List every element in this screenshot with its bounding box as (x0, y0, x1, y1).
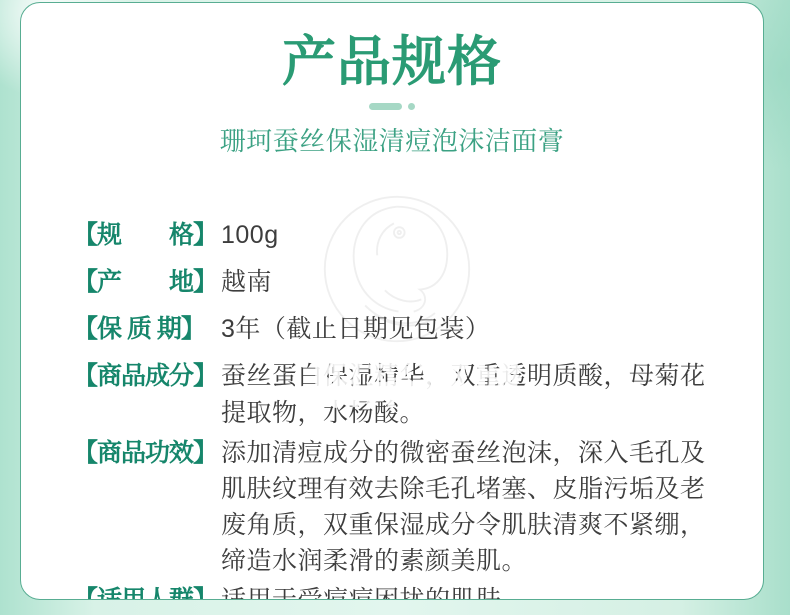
divider-dot (408, 103, 415, 110)
spec-row-effects: 【商品功效】 添加清痘成分的微密蚕丝泡沫，深入毛孔及肌肤纹理有效去除毛孔堵塞、皮… (73, 435, 721, 579)
spec-value: 3年（截止日期见包装） (221, 311, 721, 348)
page-title: 产品规格 (21, 33, 763, 92)
spec-value: 蚕丝蛋白保湿精华，双重透明质酸，母菊花提取物，水杨酸。 (221, 358, 721, 432)
spec-value: 越南 (221, 264, 721, 301)
spec-row-size: 【规 格】 100g (73, 217, 721, 254)
spec-value: 添加清痘成分的微密蚕丝泡沫，深入毛孔及肌肤纹理有效去除毛孔堵塞、皮脂污垢及老废角… (221, 435, 721, 579)
spec-row-target-users: 【适用人群】 适用于受痘痘困扰的肌肤。 (73, 582, 721, 600)
spec-label: 【规 格】 (73, 217, 221, 254)
spec-label: 【商品成分】 (73, 358, 221, 395)
spec-list: 【规 格】 100g 【产 地】 越南 【保 质 期】 3年（截止日期见包装） … (73, 217, 721, 600)
spec-value: 适用于受痘痘困扰的肌肤。 (221, 582, 721, 600)
divider-dash (369, 103, 402, 110)
spec-row-shelf-life: 【保 质 期】 3年（截止日期见包装） (73, 311, 721, 348)
spec-row-ingredients: 【商品成分】 蚕丝蛋白保湿精华，双重透明质酸，母菊花提取物，水杨酸。 (73, 358, 721, 432)
spec-label: 【商品功效】 (73, 435, 221, 472)
title-divider (366, 102, 418, 110)
spec-label: 【保 质 期】 (73, 311, 221, 348)
spec-row-origin: 【产 地】 越南 (73, 264, 721, 301)
page-background: 产品规格 珊珂蚕丝保湿清痘泡沫洁面膏 【规 格】 100g 【产 地】 越南 【… (0, 0, 790, 615)
spec-label: 【适用人群】 (73, 582, 221, 600)
product-name: 珊珂蚕丝保湿清痘泡沫洁面膏 (21, 121, 763, 158)
spec-value: 100g (221, 217, 721, 254)
product-spec-card: 产品规格 珊珂蚕丝保湿清痘泡沫洁面膏 【规 格】 100g 【产 地】 越南 【… (20, 2, 764, 600)
spec-label: 【产 地】 (73, 264, 221, 301)
